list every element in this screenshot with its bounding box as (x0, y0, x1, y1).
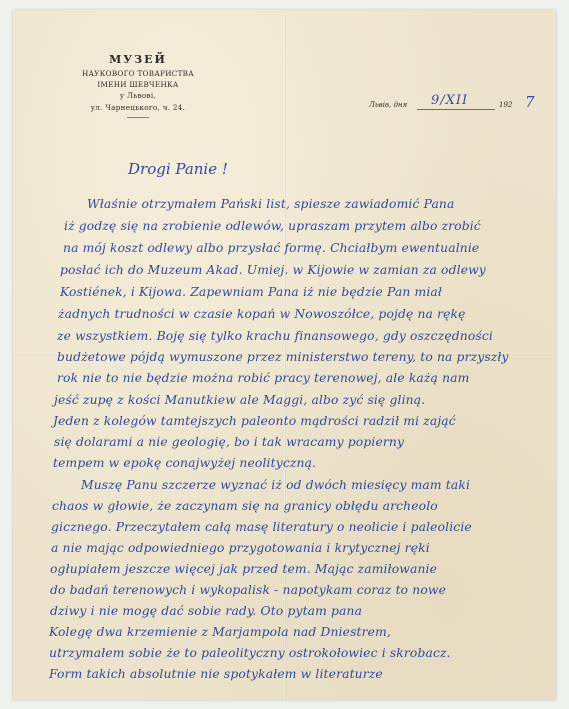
letter-line: na mój koszt odlewy albo przysłać formę.… (63, 241, 479, 255)
letter-line: Form takich absolutnie nie spotykałem w … (49, 667, 383, 681)
letter-line: Jeden z kolegów tamtejszych paleonto mąd… (53, 414, 456, 428)
letterhead: МУЗЕЙ НАУКОВОГО ТОВАРИСТВА ІМЕНИ ШЕВЧЕНК… (63, 54, 213, 118)
letter-line: jeść zupę z kości Manutkiew ale Maggi, a… (54, 393, 425, 407)
letterhead-title: МУЗЕЙ (63, 54, 213, 65)
letterhead-line-1: НАУКОВОГО ТОВАРИСТВА (63, 70, 213, 77)
letterhead-rule (127, 117, 149, 118)
letter-line: gicznego. Przeczytałem całą masę literat… (51, 520, 472, 534)
handwritten-year: 7 (525, 93, 535, 111)
letterhead-line-2: ІМЕНИ ШЕВЧЕНКА (63, 81, 213, 88)
letter-line: ogłupiałem jeszcze więcej jak przed tem.… (50, 562, 437, 576)
letterhead-address: ул. Чарнецького, ч. 24. (63, 104, 213, 111)
letter-line: posłać ich do Muzeum Akad. Umiej. w Kijo… (60, 263, 486, 277)
letter-line: Kolegę dwa krzemienie z Marjampola nad D… (49, 625, 391, 639)
letter-line: rok nie to nie będzie można robić pracy … (57, 371, 469, 385)
salutation: Drogi Panie ! (128, 160, 228, 178)
year-prefix: 192 (499, 101, 512, 109)
letter-line: Muszę Panu szczerze wyznać iż od dwóch m… (81, 478, 470, 492)
letter-line: budżetowe pójdą wymuszone przez minister… (57, 350, 509, 364)
letterhead-line-3: у Львові, (63, 92, 213, 99)
letter-line: ze wszystkiem. Boję się tylko krachu fin… (57, 329, 493, 343)
letter-line: a nie mając odpowiedniego przygotowania … (51, 541, 430, 555)
letter-line: Właśnie otrzymałem Pański list, spiesze … (87, 197, 454, 211)
letter-line: dziwy i nie mogę dać sobie rady. Oto pyt… (50, 604, 362, 618)
letter-page: МУЗЕЙ НАУКОВОГО ТОВАРИСТВА ІМЕНИ ШЕВЧЕНК… (13, 10, 556, 700)
letter-line: Kostiének, i Kijowa. Zapewniam Pana iż n… (60, 285, 442, 299)
scan-background: МУЗЕЙ НАУКОВОГО ТОВАРИСТВА ІМЕНИ ШЕВЧЕНК… (0, 0, 569, 709)
handwritten-date: 9/XII (431, 93, 468, 108)
date-underline (417, 109, 495, 110)
date-line: Львів, дня 9/XII 192 7 (369, 95, 549, 115)
letter-line: się dolarami a nie geologię, bo i tak wr… (54, 435, 404, 449)
date-prefix: Львів, дня (369, 101, 407, 109)
letter-line: chaos w głowie, że zaczynam się na grani… (52, 499, 438, 513)
letter-line: tempem w epokę conajwyżej neolityczną. (53, 456, 316, 470)
letter-line: żadnych trudności w czasie kopań w Nowos… (58, 307, 466, 321)
letter-line: iż godzę się na zrobienie odlewów, upras… (64, 219, 481, 233)
letter-line: do badań terenowych i wykopalisk - napot… (50, 583, 446, 597)
letter-line: utrzymałem sobie że to paleolityczny ost… (49, 646, 451, 660)
